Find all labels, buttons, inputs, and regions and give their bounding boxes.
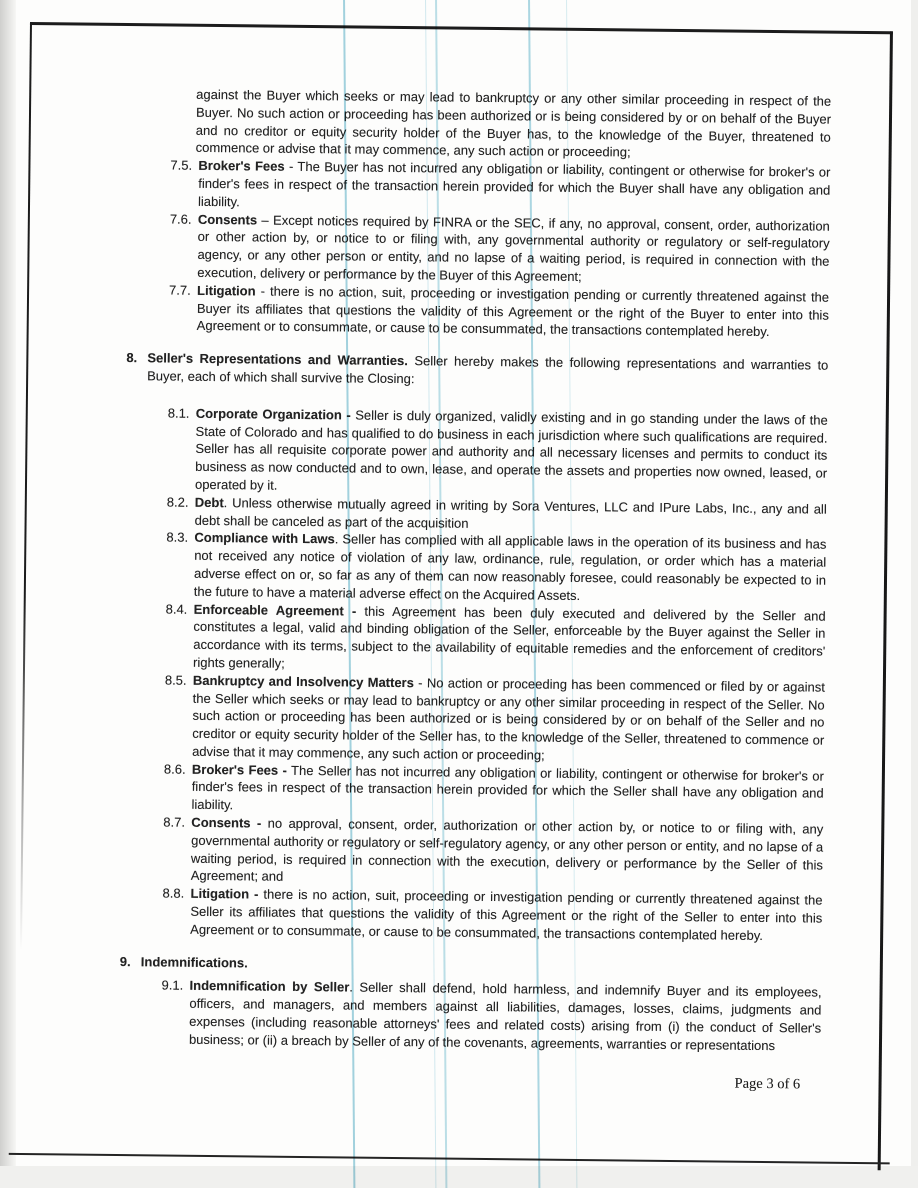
clause-8-7: 8.7. Consents - no approval, consent, or… — [163, 814, 824, 892]
clause-number: 8. — [126, 349, 137, 367]
scan-edge-right — [911, 0, 918, 1188]
clause-text: there is no action, suit, proceeding or … — [190, 887, 823, 943]
clause-number: 8.3. — [166, 529, 188, 547]
clause-8-1: 8.1. Corporate Organization - Seller is … — [167, 404, 828, 500]
scan-edge-left — [0, 0, 16, 1188]
page-border-frame: against the Buyer which seeks or may lea… — [18, 22, 893, 1163]
clause-number: 7.6. — [170, 210, 192, 228]
clause-7-6: 7.6. Consents – Except notices required … — [169, 210, 830, 288]
clause-number: 8.6. — [164, 760, 186, 778]
clause-7-7: 7.7. Litigation - there is no action, su… — [169, 281, 830, 342]
clause-text: against the Buyer which seeks or may lea… — [196, 87, 832, 160]
clause-title: Litigation - — [190, 886, 258, 902]
section-9: 9. Indemnifications. — [120, 953, 822, 978]
clause-number: 8.1. — [168, 404, 190, 422]
clause-7-4-continuation: against the Buyer which seeks or may lea… — [196, 86, 832, 164]
clause-8-8: 8.8. Litigation - there is no action, su… — [162, 885, 823, 946]
clause-number: 9.1. — [161, 977, 183, 995]
clause-number: 8.7. — [163, 814, 185, 832]
clause-number: 8.5. — [165, 671, 187, 689]
clause-title: Seller's Representations and Warranties. — [147, 350, 408, 368]
page-number: Page 3 of 6 — [734, 1076, 800, 1094]
clause-text: - there is no action, suit, proceeding o… — [197, 283, 830, 339]
clause-title: Litigation — [197, 283, 256, 299]
clause-number: 7.5. — [170, 157, 192, 175]
clause-text: The Seller has not incurred any obligati… — [191, 763, 824, 813]
clause-9-1: 9.1. Indemnification by Seller. Seller s… — [161, 977, 822, 1055]
clause-title: Consents - — [191, 815, 261, 831]
clause-text: no approval, consent, order, authorizati… — [191, 816, 824, 885]
page-border-left — [20, 22, 32, 950]
clause-text: – Except notices required by FINRA or th… — [197, 212, 830, 284]
clause-title: Broker's Fees - — [192, 761, 287, 777]
clause-title: Bankruptcy and Insolvency Matters — [193, 673, 414, 690]
scan-edge-bottom — [0, 1166, 918, 1188]
clause-7-5: 7.5. Broker's Fees - The Buyer has not i… — [170, 157, 831, 218]
clause-number: 8.2. — [167, 493, 189, 511]
clause-8-3: 8.3. Compliance with Laws. Seller has co… — [166, 529, 827, 607]
document-body: against the Buyer which seeks or may lea… — [119, 85, 831, 1055]
clause-number: 8.8. — [162, 885, 184, 903]
clause-title: Broker's Fees — [198, 158, 284, 174]
clause-number: 7.7. — [169, 281, 191, 299]
scanned-page: against the Buyer which seeks or may lea… — [0, 0, 918, 1188]
clause-text: . Unless otherwise mutually agreed in wr… — [195, 495, 827, 530]
page-border-top — [30, 22, 893, 34]
clause-number: 9. — [120, 953, 131, 971]
page-border-right — [878, 31, 893, 1170]
clause-title: Compliance with Laws — [194, 530, 334, 547]
clause-8-4: 8.4. Enforceable Agreement - this Agreem… — [165, 600, 826, 678]
clause-title: Indemnification by Seller — [189, 978, 349, 995]
clause-title: Debt — [195, 495, 224, 510]
clause-title: Enforceable Agreement - — [194, 601, 357, 618]
clause-8-6: 8.6. Broker's Fees - The Seller has not … — [163, 760, 824, 821]
clause-text: - The Buyer has not incurred any obligat… — [198, 159, 831, 209]
clause-number: 8.4. — [166, 600, 188, 618]
section-8: 8. Seller's Representations and Warranti… — [126, 349, 828, 392]
page-border-bottom — [9, 1153, 889, 1165]
clause-title: Indemnifications. — [141, 954, 248, 970]
clause-title: Corporate Organization - — [196, 406, 351, 423]
clause-title: Consents — [198, 211, 257, 227]
clause-8-5: 8.5. Bankruptcy and Insolvency Matters -… — [164, 671, 825, 767]
